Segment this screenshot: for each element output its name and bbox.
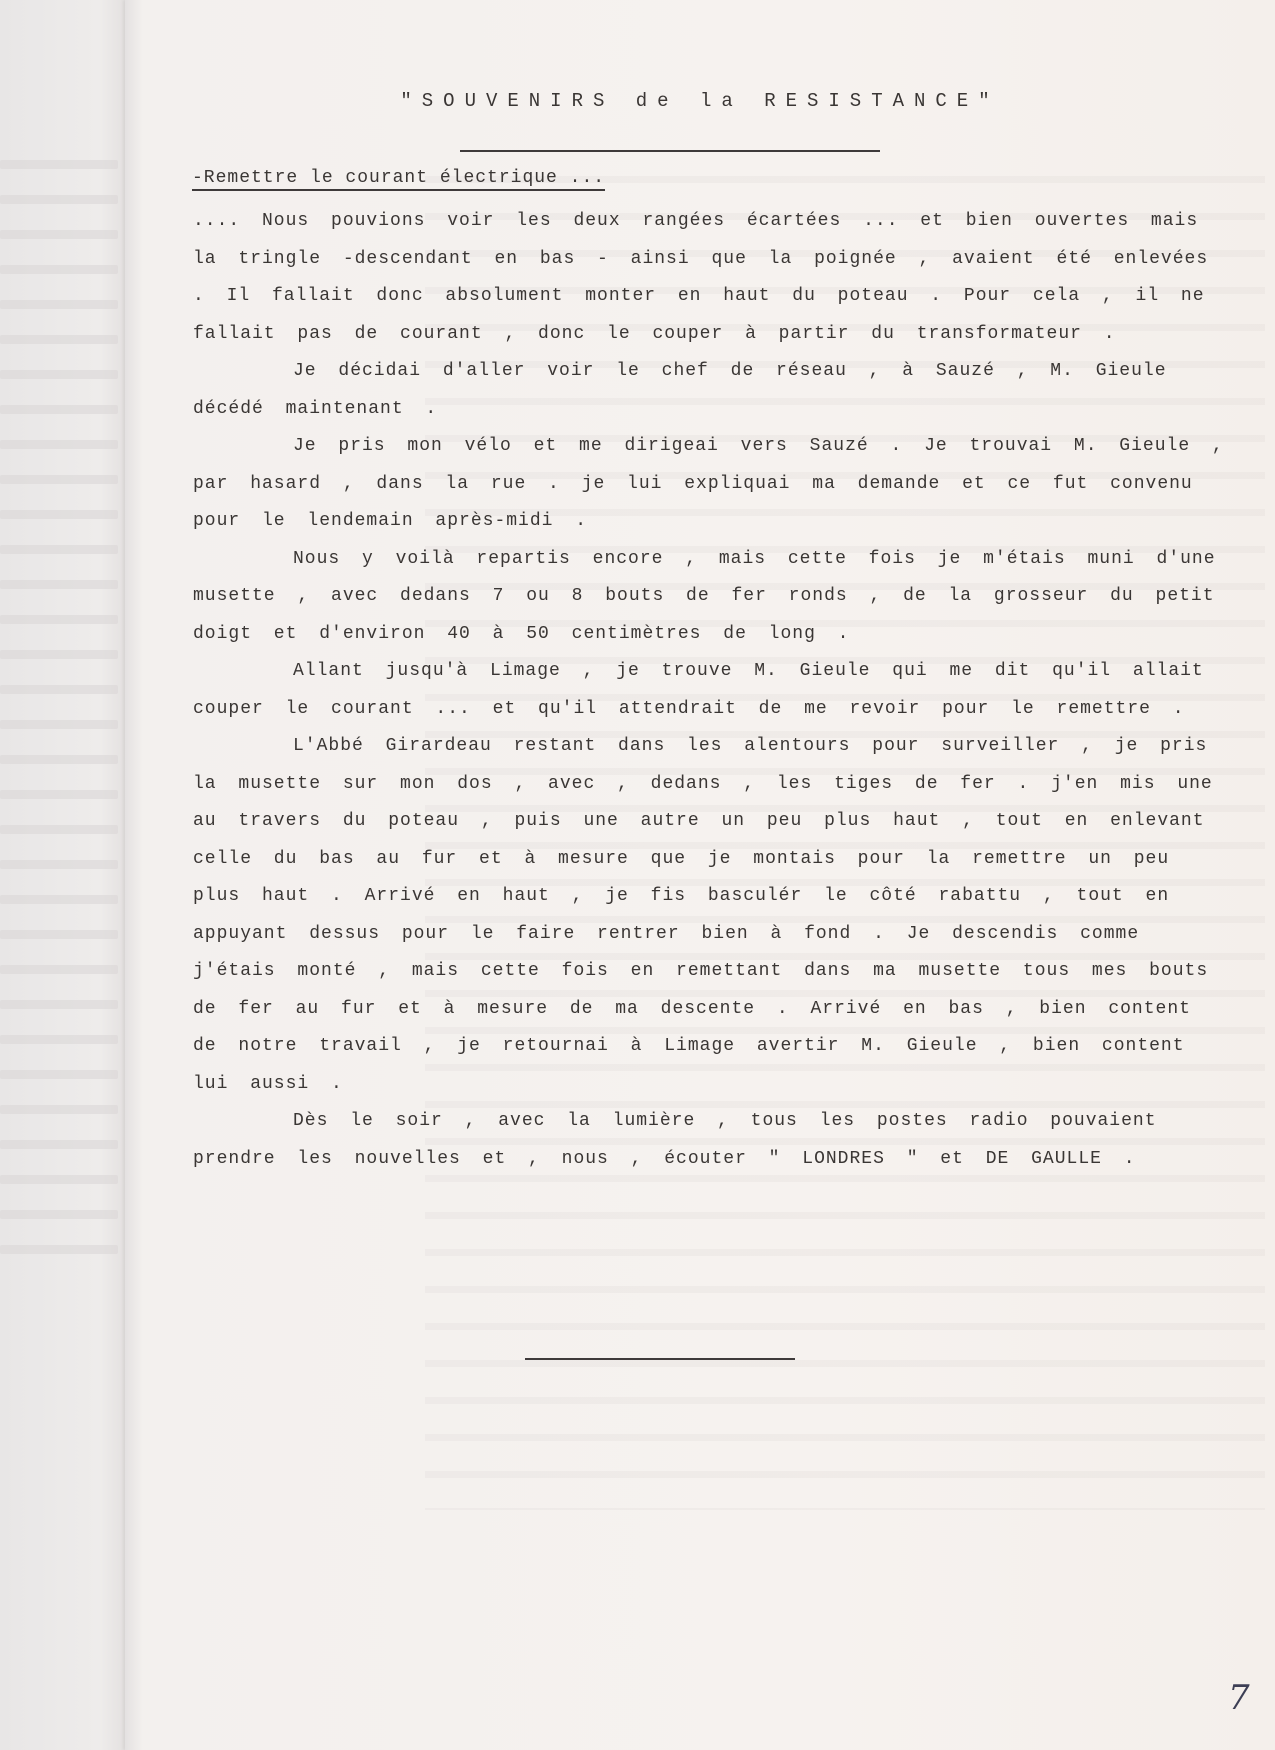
paragraph: .... Nous pouvions voir les deux rangées… <box>193 203 1233 353</box>
paragraph: Allant jusqu'à Limage , je trouve M. Gie… <box>193 653 1233 728</box>
handwritten-page-number: 7 <box>1228 1678 1250 1718</box>
paragraph: Je pris mon vélo et me dirigeai vers Sau… <box>193 428 1233 541</box>
paragraph: Nous y voilà repartis encore , mais cett… <box>193 541 1233 654</box>
document-title: "SOUVENIRS de la RESISTANCE" <box>125 90 1275 112</box>
paragraph: Dès le soir , avec la lumière , tous les… <box>193 1103 1233 1178</box>
end-of-section-rule <box>525 1358 795 1360</box>
bleed-through-text <box>0 160 118 1280</box>
typewritten-page: "SOUVENIRS de la RESISTANCE" -Remettre l… <box>125 0 1275 1750</box>
paragraph: Je décidai d'aller voir le chef de résea… <box>193 353 1233 428</box>
title-underline <box>460 150 880 152</box>
paragraph: L'Abbé Girardeau restant dans les alento… <box>193 728 1233 1103</box>
document-body: .... Nous pouvions voir les deux rangées… <box>193 203 1233 1178</box>
section-heading: -Remettre le courant électrique ... <box>192 168 605 191</box>
adjacent-page-edge <box>0 0 125 1750</box>
